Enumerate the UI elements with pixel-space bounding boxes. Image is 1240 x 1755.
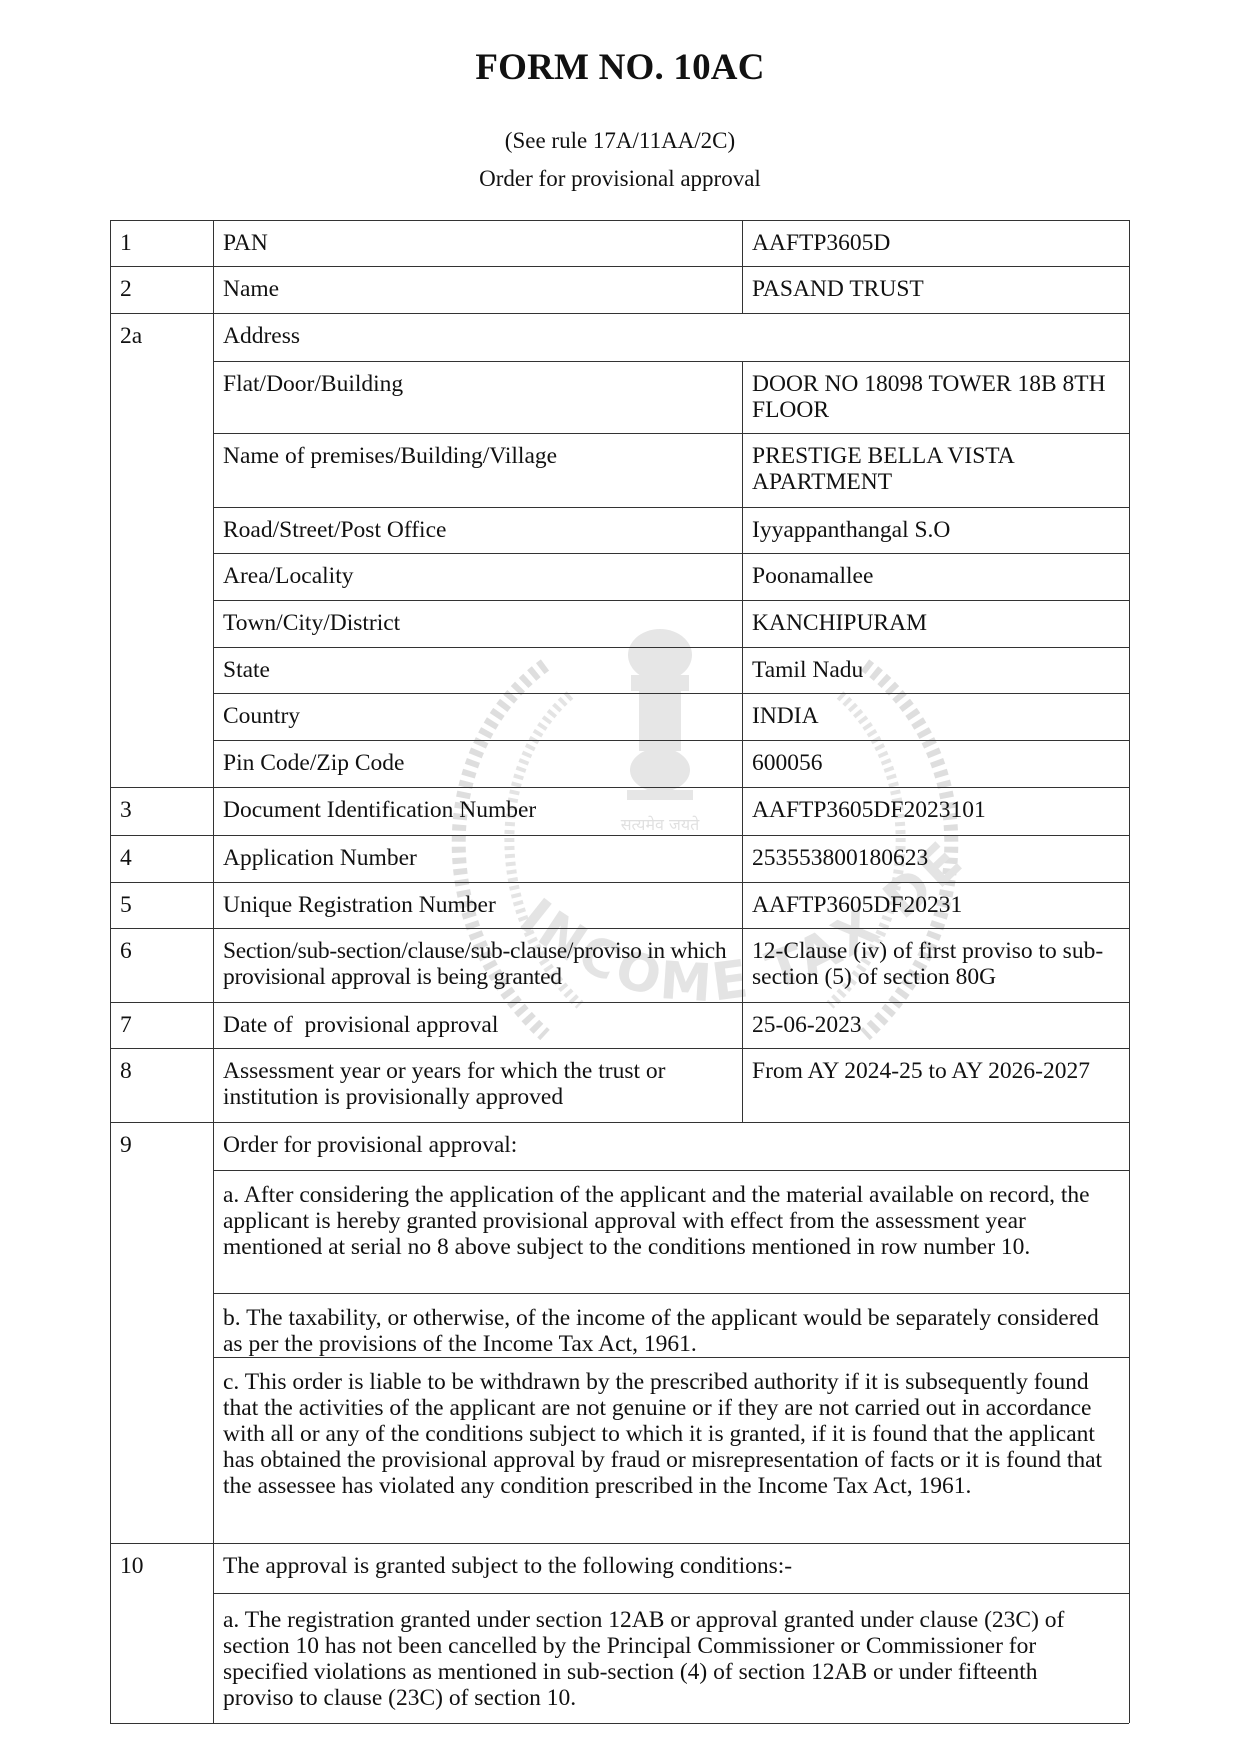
pin-value: 600056 [742,740,1129,776]
area-label: Area/Locality [213,553,742,589]
form-title: FORM NO. 10AC [0,46,1240,89]
rule-reference: (See rule 17A/11AA/2C) [0,128,1240,154]
assessment-years-value: From AY 2024-25 to AY 2026-2027 [742,1048,1129,1084]
area-value: Poonamallee [742,553,1129,589]
row-number: 1 [110,220,213,256]
state-label: State [213,647,742,683]
road-label: Road/Street/Post Office [213,507,742,543]
form-subtitle: Order for provisional approval [0,166,1240,192]
order-clause-b: b. The taxability, or otherwise, of the … [213,1293,1129,1357]
row-number: 9 [110,1122,213,1158]
address-label: Address [213,313,1129,349]
row-number: 7 [110,1002,213,1038]
assessment-years-label: Assessment year or years for which the t… [213,1048,742,1110]
approval-date-value: 25-06-2023 [742,1002,1129,1038]
din-value: AAFTP3605DF2023101 [742,787,1129,823]
pan-label: PAN [213,220,742,256]
state-value: Tamil Nadu [742,647,1129,683]
row-number: 8 [110,1048,213,1084]
conditions-heading: The approval is granted subject to the f… [213,1543,1129,1579]
urn-label: Unique Registration Number [213,882,742,918]
row-number: 2a [110,313,213,349]
section-value: 12-Clause (iv) of first proviso to sub-s… [742,928,1129,990]
flat-label: Flat/Door/Building [213,361,742,397]
section-label: Section/sub-section/clause/sub-clause/pr… [213,928,742,990]
row-number: 5 [110,882,213,918]
row-number: 6 [110,928,213,964]
row-number: 4 [110,835,213,871]
application-number-label: Application Number [213,835,742,871]
pin-label: Pin Code/Zip Code [213,740,742,776]
order-clause-c: c. This order is liable to be withdrawn … [213,1357,1129,1499]
approval-date-label: Date of provisional approval [213,1002,742,1038]
row-number: 2 [110,266,213,302]
premises-label: Name of premises/Building/Village [213,433,742,469]
order-heading: Order for provisional approval: [213,1122,1129,1158]
country-value: INDIA [742,693,1129,729]
order-clause-a: a. After considering the application of … [213,1170,1129,1260]
din-label: Document Identification Number [213,787,742,823]
row-number: 10 [110,1543,213,1579]
application-number-value: 253553800180623 [742,835,1129,871]
condition-a: a. The registration granted under sectio… [213,1593,1129,1711]
urn-value: AAFTP3605DF20231 [742,882,1129,918]
form-table: 1 PAN AAFTP3605D 2 Name PASAND TRUST 2a … [110,220,1129,1723]
town-label: Town/City/District [213,600,742,636]
row-number: 3 [110,787,213,823]
premises-value: PRESTIGE BELLA VISTA APARTMENT [742,433,1129,495]
name-label: Name [213,266,742,302]
country-label: Country [213,693,742,729]
town-value: KANCHIPURAM [742,600,1129,636]
pan-value: AAFTP3605D [742,220,1129,256]
flat-value: DOOR NO 18098 TOWER 18B 8TH FLOOR [742,361,1129,423]
name-value: PASAND TRUST [742,266,1129,302]
road-value: Iyyappanthangal S.O [742,507,1129,543]
